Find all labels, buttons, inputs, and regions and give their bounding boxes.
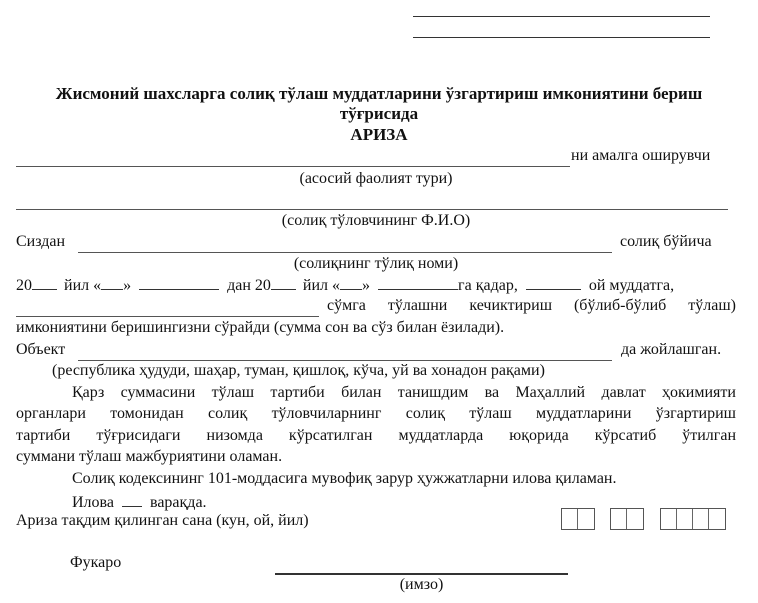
tax-caption: (солиқнинг тўлиқ номи) [16, 255, 736, 273]
from-year-prefix: 20 [16, 277, 32, 294]
word: кўрсатилган [289, 427, 373, 445]
recipient-line-1[interactable] [413, 16, 710, 17]
citizen-label: Фукаро [70, 554, 121, 572]
months-suffix: ой муддатга, [589, 277, 674, 294]
signature-field[interactable] [275, 573, 568, 575]
word: кўрсатиб [595, 427, 656, 445]
amount-field[interactable] [16, 316, 319, 317]
date-year-boxes [660, 508, 726, 530]
period-line: 20 йил «» дан 20 йил «» га қадар, ой муд… [16, 275, 674, 295]
document-type-heading: АРИЗА [0, 125, 758, 145]
activity-type-field[interactable] [16, 166, 570, 167]
word: Маҳаллий [515, 384, 585, 402]
activity-suffix: ни амалга оширувчи [571, 147, 710, 165]
word: солиқ [406, 405, 445, 423]
amount-word: тўлашни [388, 297, 448, 315]
document-title: Жисмоний шахсларга солиқ тўлаш муддатлар… [0, 84, 758, 104]
date-year-digit[interactable] [677, 509, 693, 529]
word: муддатларини [536, 405, 631, 423]
paragraph-line-2: органлари томонидан солиқ тўловчиларнинг… [16, 405, 736, 423]
object-location-field[interactable] [78, 360, 612, 361]
word: низомда [207, 427, 263, 445]
word: муддатларда [398, 427, 483, 445]
object-caption: (республика ҳудуди, шаҳар, туман, қишлоқ… [52, 362, 545, 380]
year-word-2: йил « [303, 277, 340, 294]
word: ўзгартириш [656, 405, 736, 423]
to-day-field[interactable] [340, 275, 362, 290]
word: солиқ [208, 405, 247, 423]
quote-close-1: » [123, 277, 131, 294]
amount-request-text: имкониятини беришингизни сўрайди (сумма … [16, 319, 504, 337]
word: тўғрисидаги [96, 427, 180, 445]
paragraph-line-4: суммани тўлаш мажбуриятини оламан. [16, 448, 282, 466]
tax-suffix: солиқ бўйича [620, 233, 712, 251]
date-month-boxes [610, 508, 644, 530]
word: тартиби [16, 427, 70, 445]
object-prefix: Объект [16, 341, 65, 359]
word: юқорида [509, 427, 569, 445]
paragraph-line-3: тартиби тўғрисидаги низомда кўрсатилган … [16, 427, 736, 445]
word: билан [341, 384, 381, 402]
pages-suffix: варақда. [150, 494, 207, 511]
date-year-digit[interactable] [709, 509, 725, 529]
amount-word: кечиктириш [469, 297, 552, 315]
date-year-digit[interactable] [661, 509, 677, 529]
word: Қарз [72, 384, 104, 402]
word: тўлаш [469, 405, 511, 423]
date-day-digit[interactable] [578, 509, 594, 529]
signature-caption: (имзо) [275, 576, 568, 594]
pages-count-field[interactable] [122, 492, 142, 507]
word: танишдим [398, 384, 469, 402]
recipient-line-2[interactable] [413, 37, 710, 38]
year-word-1: йил « [64, 277, 101, 294]
date-month-digit[interactable] [611, 509, 627, 529]
to-year-field[interactable] [271, 275, 296, 290]
word: ўтилган [682, 427, 736, 445]
activity-caption: (асосий фаолият тури) [16, 170, 736, 188]
date-month-digit[interactable] [627, 509, 643, 529]
date-day-digit[interactable] [562, 509, 578, 529]
document-title-continued: тўғрисида [0, 104, 758, 124]
date-day-boxes [561, 508, 595, 530]
pages-prefix: Илова [72, 494, 114, 511]
word: ва [485, 384, 499, 402]
amount-words-line: сўмга тўлашни кечиктириш (бўлиб-бўлиб тў… [327, 297, 736, 315]
attachments-note: Солиқ кодексининг 101-моддасига мувофиқ … [72, 470, 616, 488]
taxpayer-name-caption: (солиқ тўловчининг Ф.И.О) [16, 212, 736, 230]
object-suffix: да жойлашган. [621, 341, 721, 359]
word: суммасини [121, 384, 196, 402]
pages-line: Илова варақда. [72, 492, 207, 512]
tax-name-field[interactable] [78, 252, 612, 253]
word: тартиби [270, 384, 324, 402]
to-month-field[interactable] [378, 275, 458, 290]
word: томонидан [110, 405, 184, 423]
date-year-digit[interactable] [693, 509, 709, 529]
from-suffix: дан 20 [227, 277, 271, 294]
word: органлари [16, 405, 86, 423]
amount-word: (бўлиб-бўлиб [574, 297, 666, 315]
word: давлат [601, 384, 645, 402]
word: ҳокимияти [662, 384, 736, 402]
word: тўловчиларнинг [272, 405, 382, 423]
from-month-field[interactable] [139, 275, 219, 290]
months-count-field[interactable] [526, 275, 581, 290]
submission-date-label: Ариза тақдим қилинган сана (кун, ой, йил… [16, 512, 309, 530]
amount-word: тўлаш) [688, 297, 736, 315]
word: тўлаш [212, 384, 254, 402]
quote-close-2: » [362, 277, 370, 294]
paragraph-line-1: Қарз суммасини тўлаш тартиби билан таниш… [72, 384, 736, 402]
taxpayer-name-field[interactable] [16, 209, 728, 210]
tax-prefix: Сиздан [16, 233, 65, 251]
amount-word: сўмга [327, 297, 366, 315]
from-year-field[interactable] [32, 275, 57, 290]
from-day-field[interactable] [101, 275, 123, 290]
to-suffix: га қадар, [458, 277, 518, 294]
